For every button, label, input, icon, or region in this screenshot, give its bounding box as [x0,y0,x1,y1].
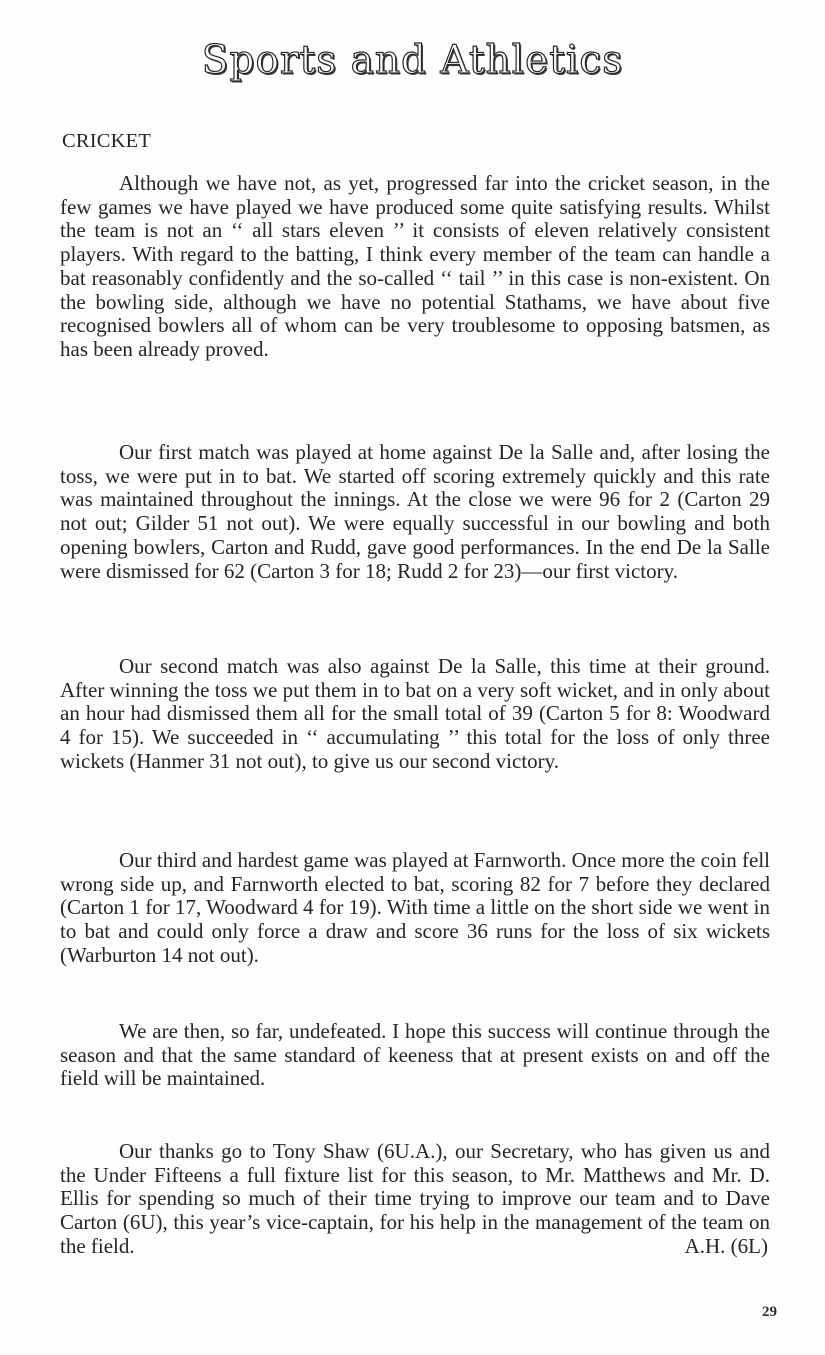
document-page: Sports and Athletics CRICKET Although we… [0,0,825,1355]
paragraph-third-match: Our third and hardest game was played at… [60,849,770,968]
paragraph-summary: We are then, so far, undefeated. I hope … [60,1020,770,1091]
page-number: 29 [762,1304,777,1321]
paragraph-first-match: Our first match was played at home again… [60,441,770,583]
section-heading-cricket: CRICKET [62,130,151,153]
paragraph-thanks-text: Our thanks go to Tony Shaw (6U.A.), our … [60,1139,770,1258]
page-title: Sports and Athletics [0,38,825,83]
paragraph-intro: Although we have not, as yet, progressed… [60,172,770,362]
author-signature: A.H. (6L) [685,1235,768,1259]
paragraph-second-match: Our second match was also against De la … [60,655,770,774]
paragraph-thanks: Our thanks go to Tony Shaw (6U.A.), our … [60,1140,770,1259]
